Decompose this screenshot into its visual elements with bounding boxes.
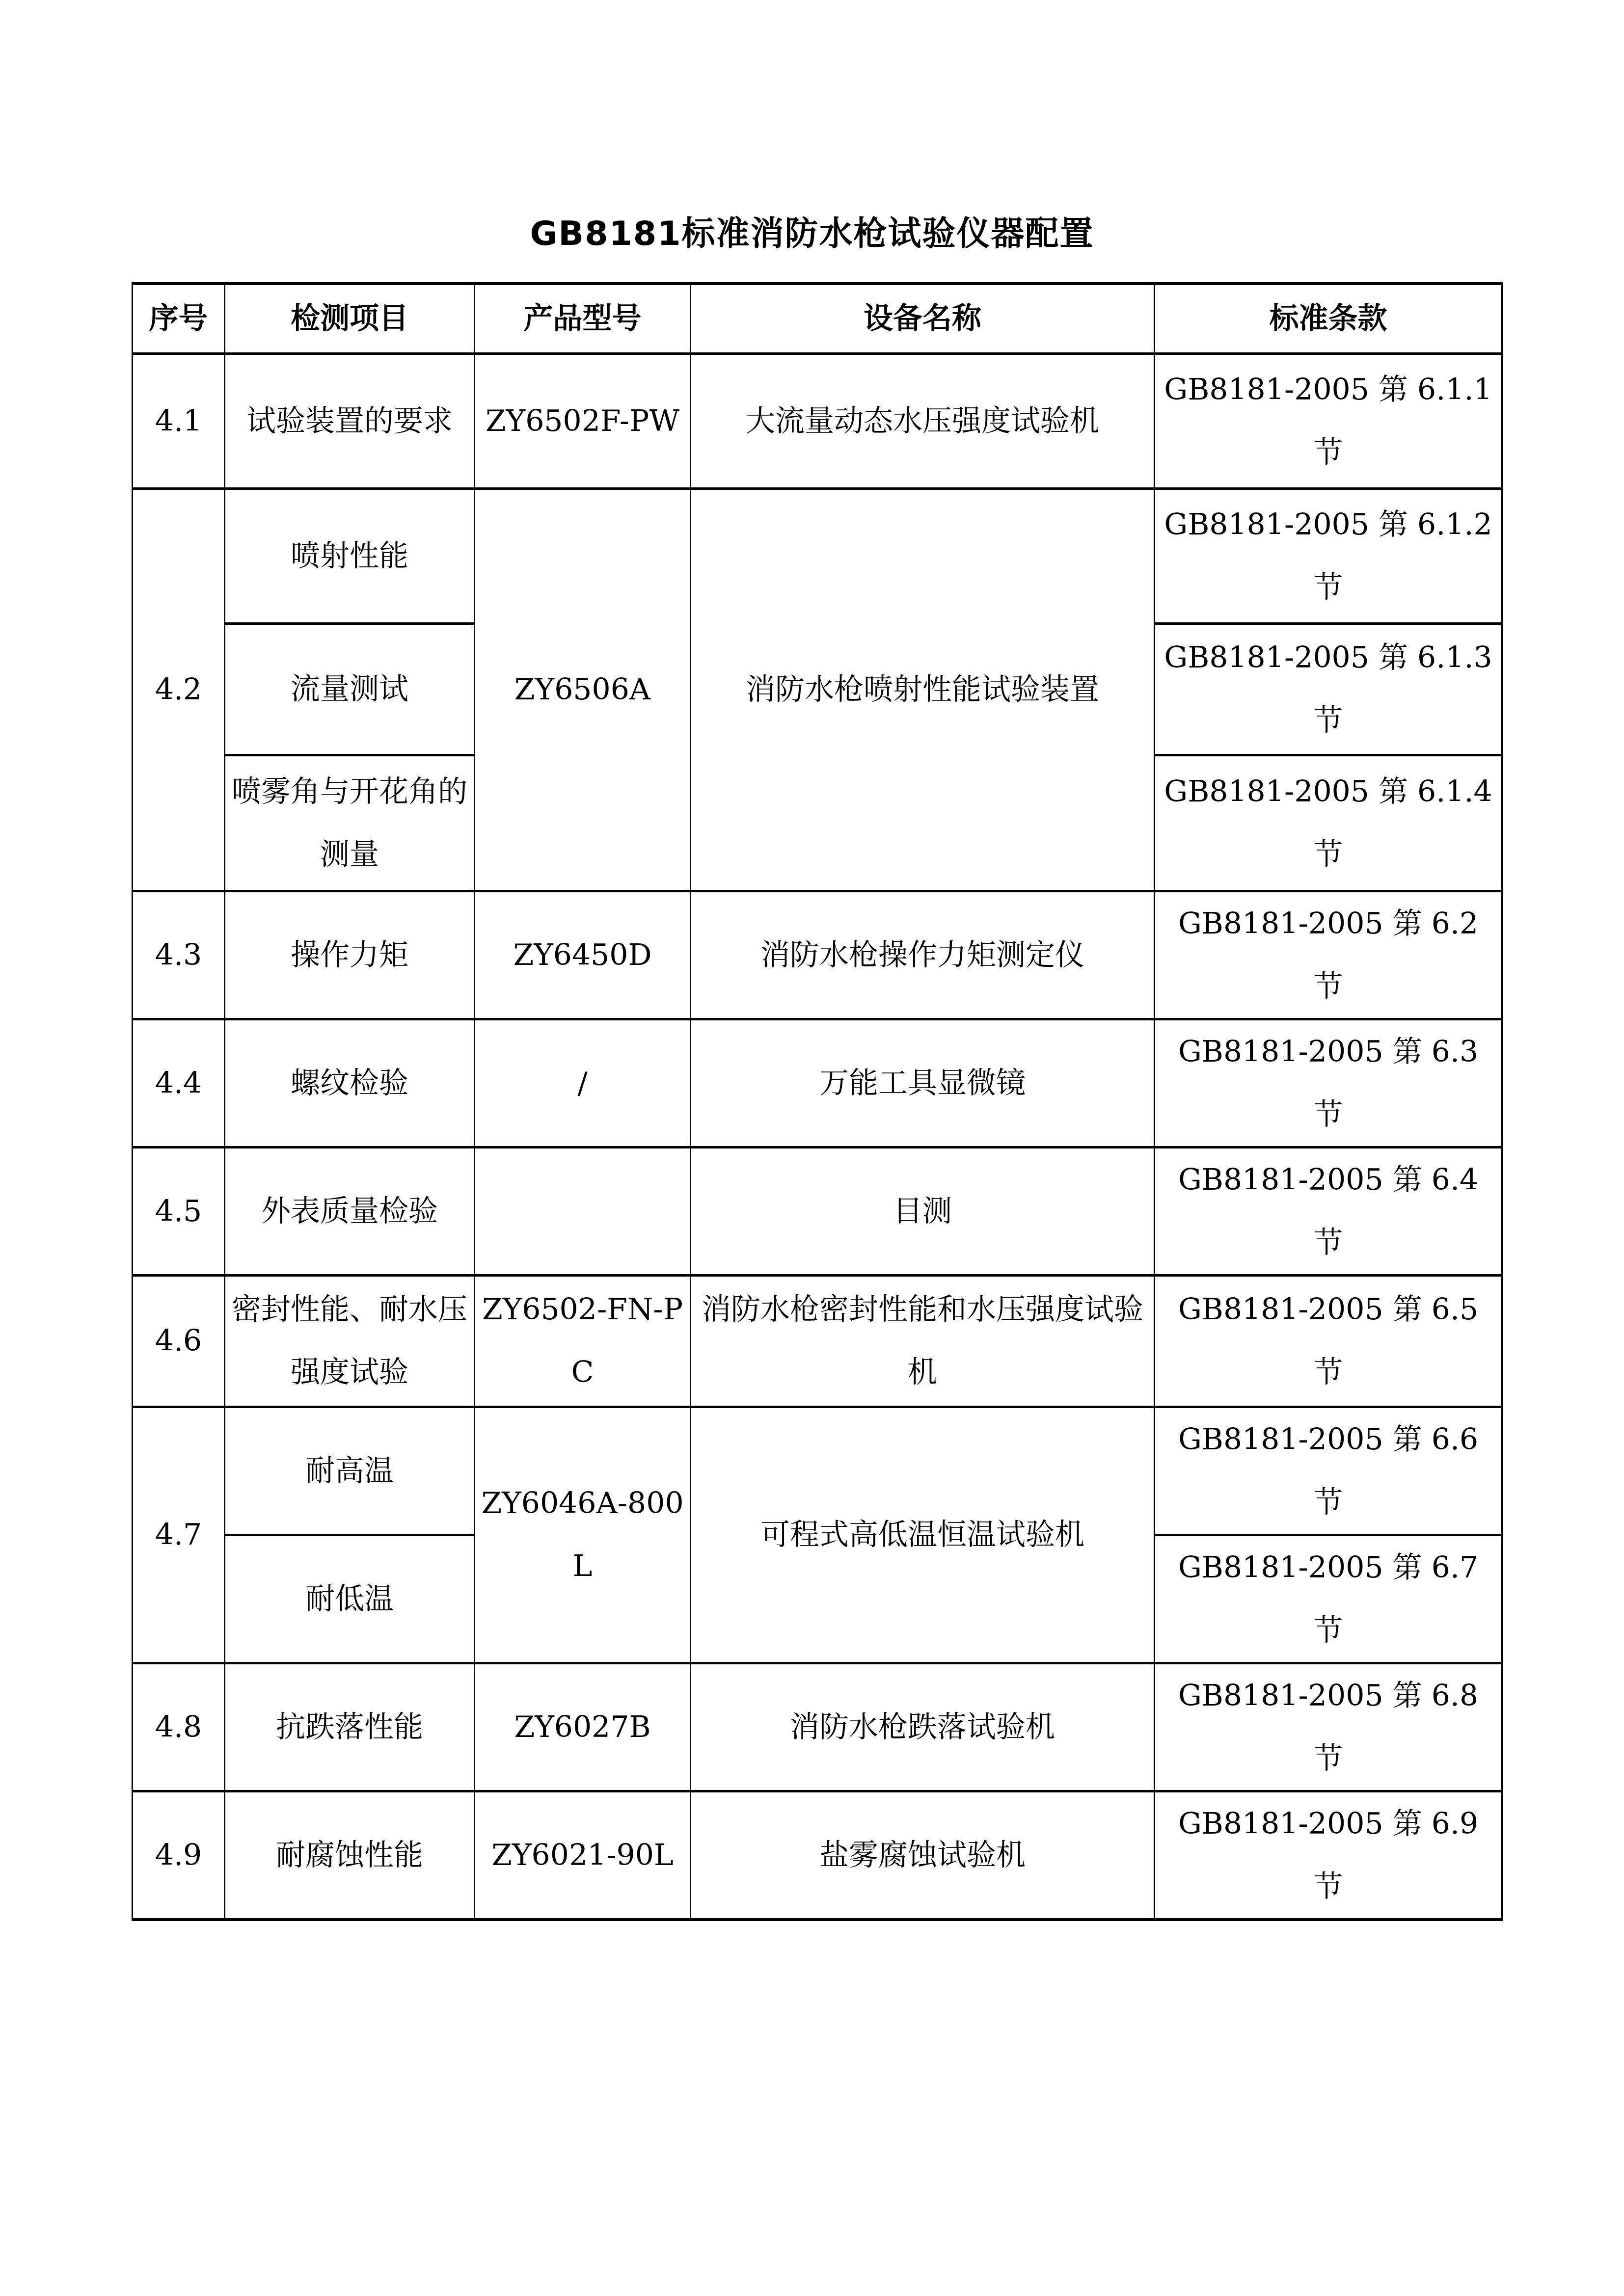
row-standard-clause: GB8181-2005 第 6.1.2 节 xyxy=(1155,488,1502,623)
row-standard-clause: GB8181-2005 第 6.4 节 xyxy=(1155,1147,1502,1275)
table-row: 4.1 试验装置的要求 ZY6502F-PW 大流量动态水压强度试验机 GB81… xyxy=(133,353,1502,488)
row-device-name: 大流量动态水压强度试验机 xyxy=(691,353,1155,488)
row-seq: 4.5 xyxy=(133,1147,225,1275)
row-product-model: ZY6021-90L xyxy=(475,1791,691,1920)
row-product-model: ZY6046A-800L xyxy=(475,1407,691,1663)
row-device-name: 盐雾腐蚀试验机 xyxy=(691,1791,1155,1920)
row-standard-clause: GB8181-2005 第 6.9 节 xyxy=(1155,1791,1502,1920)
row-seq: 4.9 xyxy=(133,1791,225,1920)
row-test-item: 喷射性能 xyxy=(225,488,475,623)
row-product-model: ZY6027B xyxy=(475,1663,691,1791)
row-device-name: 消防水枪喷射性能试验装置 xyxy=(691,488,1155,891)
header-seq: 序号 xyxy=(133,284,225,353)
row-standard-clause: GB8181-2005 第 6.5 节 xyxy=(1155,1275,1502,1407)
row-seq: 4.4 xyxy=(133,1019,225,1147)
row-standard-clause: GB8181-2005 第 6.1.3 节 xyxy=(1155,623,1502,755)
row-seq: 4.7 xyxy=(133,1407,225,1663)
row-test-item: 喷雾角与开花角的测量 xyxy=(225,755,475,891)
row-test-item: 抗跌落性能 xyxy=(225,1663,475,1791)
instrument-config-table: 序号 检测项目 产品型号 设备名称 标准条款 4.1 试验装置的要求 ZY650… xyxy=(132,282,1503,1921)
row-product-model: ZY6502F-PW xyxy=(475,353,691,488)
table-row: 4.7 耐高温 ZY6046A-800L 可程式高低温恒温试验机 GB8181-… xyxy=(133,1407,1502,1535)
row-product-model: ZY6506A xyxy=(475,488,691,891)
table-header-row: 序号 检测项目 产品型号 设备名称 标准条款 xyxy=(133,284,1502,353)
row-device-name: 目测 xyxy=(691,1147,1155,1275)
row-seq: 4.8 xyxy=(133,1663,225,1791)
row-product-model: / xyxy=(475,1019,691,1147)
header-device-name: 设备名称 xyxy=(691,284,1155,353)
header-test-item: 检测项目 xyxy=(225,284,475,353)
header-standard-clause: 标准条款 xyxy=(1155,284,1502,353)
row-test-item: 试验装置的要求 xyxy=(225,353,475,488)
document-title: GB8181标准消防水枪试验仪器配置 xyxy=(0,212,1624,256)
row-test-item: 耐高温 xyxy=(225,1407,475,1535)
row-device-name: 消防水枪操作力矩测定仪 xyxy=(691,891,1155,1019)
table-row: 4.4 螺纹检验 / 万能工具显微镜 GB8181-2005 第 6.3 节 xyxy=(133,1019,1502,1147)
table-row: 4.5 外表质量检验 目测 GB8181-2005 第 6.4 节 xyxy=(133,1147,1502,1275)
row-product-model xyxy=(475,1147,691,1275)
row-product-model: ZY6502-FN-PC xyxy=(475,1275,691,1407)
table-row: 4.3 操作力矩 ZY6450D 消防水枪操作力矩测定仪 GB8181-2005… xyxy=(133,891,1502,1019)
row-test-item: 螺纹检验 xyxy=(225,1019,475,1147)
row-device-name: 可程式高低温恒温试验机 xyxy=(691,1407,1155,1663)
row-standard-clause: GB8181-2005 第 6.1.1 节 xyxy=(1155,353,1502,488)
row-standard-clause: GB8181-2005 第 6.1.4 节 xyxy=(1155,755,1502,891)
row-test-item: 密封性能、耐水压强度试验 xyxy=(225,1275,475,1407)
row-standard-clause: GB8181-2005 第 6.2 节 xyxy=(1155,891,1502,1019)
row-test-item: 外表质量检验 xyxy=(225,1147,475,1275)
row-seq: 4.6 xyxy=(133,1275,225,1407)
row-standard-clause: GB8181-2005 第 6.8 节 xyxy=(1155,1663,1502,1791)
table-row: 4.8 抗跌落性能 ZY6027B 消防水枪跌落试验机 GB8181-2005 … xyxy=(133,1663,1502,1791)
row-test-item: 耐腐蚀性能 xyxy=(225,1791,475,1920)
row-device-name: 消防水枪跌落试验机 xyxy=(691,1663,1155,1791)
row-test-item: 耐低温 xyxy=(225,1535,475,1663)
row-product-model: ZY6450D xyxy=(475,891,691,1019)
row-standard-clause: GB8181-2005 第 6.7 节 xyxy=(1155,1535,1502,1663)
row-device-name: 消防水枪密封性能和水压强度试验机 xyxy=(691,1275,1155,1407)
row-standard-clause: GB8181-2005 第 6.3 节 xyxy=(1155,1019,1502,1147)
table-row: 4.2 喷射性能 ZY6506A 消防水枪喷射性能试验装置 GB8181-200… xyxy=(133,488,1502,623)
row-standard-clause: GB8181-2005 第 6.6 节 xyxy=(1155,1407,1502,1535)
row-seq: 4.1 xyxy=(133,353,225,488)
row-test-item: 流量测试 xyxy=(225,623,475,755)
header-product-model: 产品型号 xyxy=(475,284,691,353)
table-row: 4.6 密封性能、耐水压强度试验 ZY6502-FN-PC 消防水枪密封性能和水… xyxy=(133,1275,1502,1407)
row-seq: 4.2 xyxy=(133,488,225,891)
row-test-item: 操作力矩 xyxy=(225,891,475,1019)
row-device-name: 万能工具显微镜 xyxy=(691,1019,1155,1147)
row-seq: 4.3 xyxy=(133,891,225,1019)
table-row: 4.9 耐腐蚀性能 ZY6021-90L 盐雾腐蚀试验机 GB8181-2005… xyxy=(133,1791,1502,1920)
